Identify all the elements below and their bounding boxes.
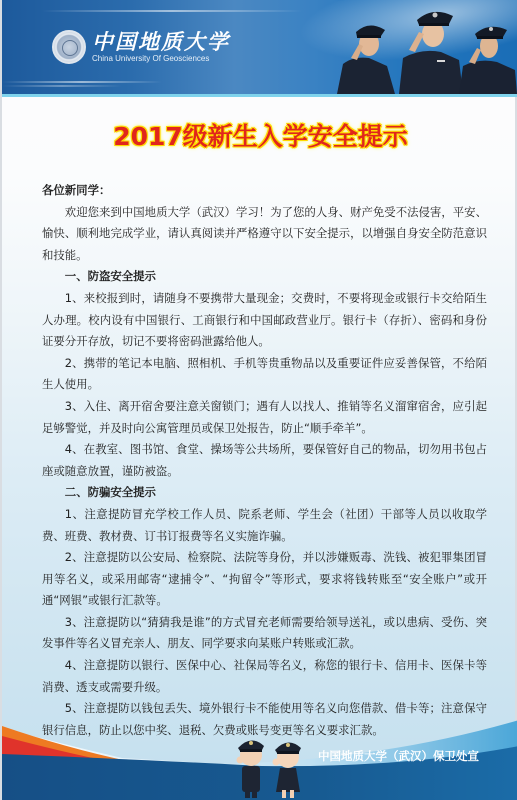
intro-paragraph: 欢迎您来到中国地质大学（武汉）学习！为了您的人身、财产免受不法侵害，平安、愉快、… xyxy=(42,202,487,267)
notice-body: 各位新同学： 欢迎您来到中国地质大学（武汉）学习！为了您的人身、财产免受不法侵害… xyxy=(42,180,487,741)
header-divider xyxy=(2,94,517,97)
list-item: 3、注意提防以“猜猜我是谁”的方式冒充老师需要给领导送礼，或以患病、受伤、突发事… xyxy=(42,612,487,655)
police-mascots-image xyxy=(234,730,314,800)
issuer-label: 中国地质大学（武汉）保卫处宣 xyxy=(318,748,479,764)
list-item: 1、来校报到时，请随身不要携带大量现金；交费时，不要将现金或银行卡交给陌生人办理… xyxy=(42,288,487,353)
university-seal-icon xyxy=(52,30,86,64)
section-heading-anti-theft: 一、防盗安全提示 xyxy=(42,266,487,288)
greeting: 各位新同学： xyxy=(42,180,487,202)
list-item: 3、入住、离开宿舍要注意关窗锁门；遇有人以找人、推销等名义溜窜宿舍，应引起足够警… xyxy=(42,396,487,439)
university-name-cn: 中国地质大学 xyxy=(92,30,230,54)
section-heading-anti-fraud: 二、防骗安全提示 xyxy=(42,482,487,504)
list-item: 2、注意提防以公安局、检察院、法院等身份，并以涉嫌贩毒、洗钱、被犯罪集团冒用等名… xyxy=(42,547,487,612)
light-streak xyxy=(2,81,162,83)
header-banner: 中国地质大学 China University Of Geosciences xyxy=(2,0,517,94)
light-streak xyxy=(42,10,302,12)
university-name-en: China University Of Geosciences xyxy=(92,54,230,64)
police-officers-image xyxy=(329,0,517,94)
poster: 中国地质大学 China University Of Geosciences xyxy=(0,0,517,800)
list-item: 1、注意提防冒充学校工作人员、院系老师、学生会（社团）干部等人员以收取学费、班费… xyxy=(42,504,487,547)
list-item: 4、在教室、图书馆、食堂、操场等公共场所，要保管好自己的物品，切勿用书包占座或随… xyxy=(42,439,487,482)
page-title: 2017级新生入学安全提示 xyxy=(2,117,517,153)
light-streak xyxy=(2,85,122,87)
university-logo: 中国地质大学 China University Of Geosciences xyxy=(52,30,230,64)
list-item: 4、注意提防以银行、医保中心、社保局等名义，称您的银行卡、信用卡、医保卡等消费、… xyxy=(42,655,487,698)
list-item: 2、携带的笔记本电脑、照相机、手机等贵重物品以及重要证件应妥善保管，不给陌生人使… xyxy=(42,353,487,396)
